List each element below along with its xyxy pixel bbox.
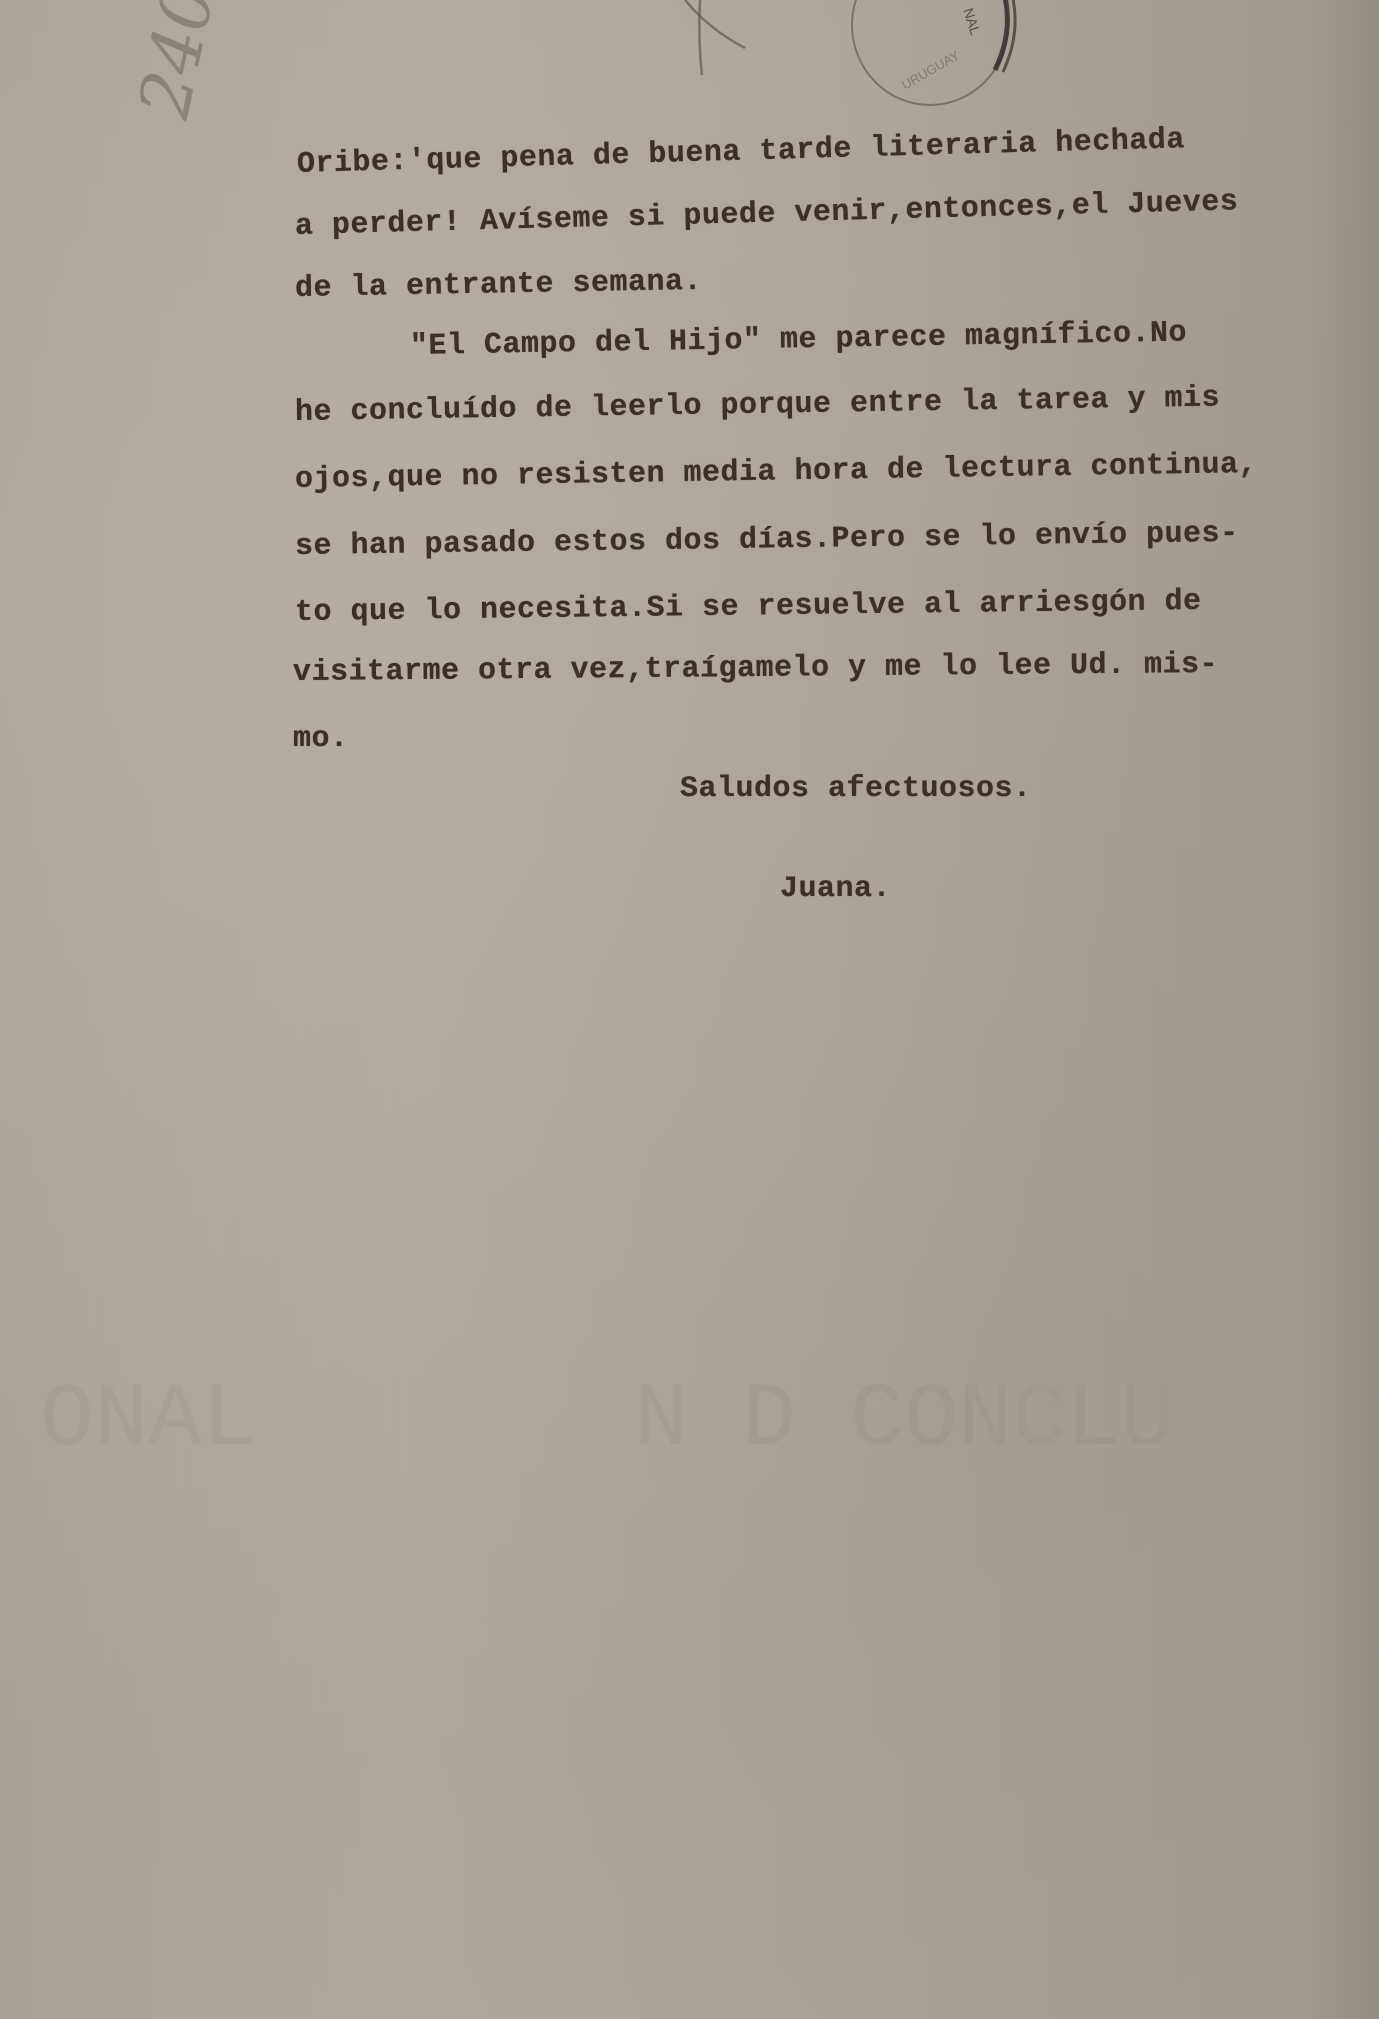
svg-text:URUGUAY: URUGUAY [899,47,962,92]
svg-text:NAL: NAL [960,6,984,37]
letter-line: to que lo necesita.Si se resuelve al arr… [295,585,1202,630]
letter-page: ONAL N D CONCLU 240 NAL URUGUAY Oribe:'q… [0,0,1379,2019]
letter-signature: Juana. [780,872,891,906]
pencil-folio-number: 240 [123,0,231,125]
letter-line: ojos,que no resisten media hora de lectu… [295,448,1258,497]
show-through-text: ONAL N D CONCLU [40,1370,1174,1472]
letter-line: mo. [293,722,349,756]
letter-line: a perder! Avíseme si puede venir,entonce… [295,185,1239,244]
letter-line: Oribe:'que pena de buena tarde literaria… [297,123,1186,182]
archive-stamp-icon: NAL URUGUAY [845,0,1020,110]
letter-line: se han pasado estos dos días.Pero se lo … [295,517,1239,564]
letter-line: he concluído de leerlo porque entre la t… [295,381,1221,430]
pencil-x-mark-icon [670,0,780,80]
letter-line: de la entrante semana. [295,265,703,306]
letter-line: "El Campo del Hijo" me parece magnífico.… [410,316,1188,364]
letter-line: visitarme otra vez,traígamelo y me lo le… [293,648,1218,690]
letter-closing: Saludos afectuosos. [680,772,1032,806]
